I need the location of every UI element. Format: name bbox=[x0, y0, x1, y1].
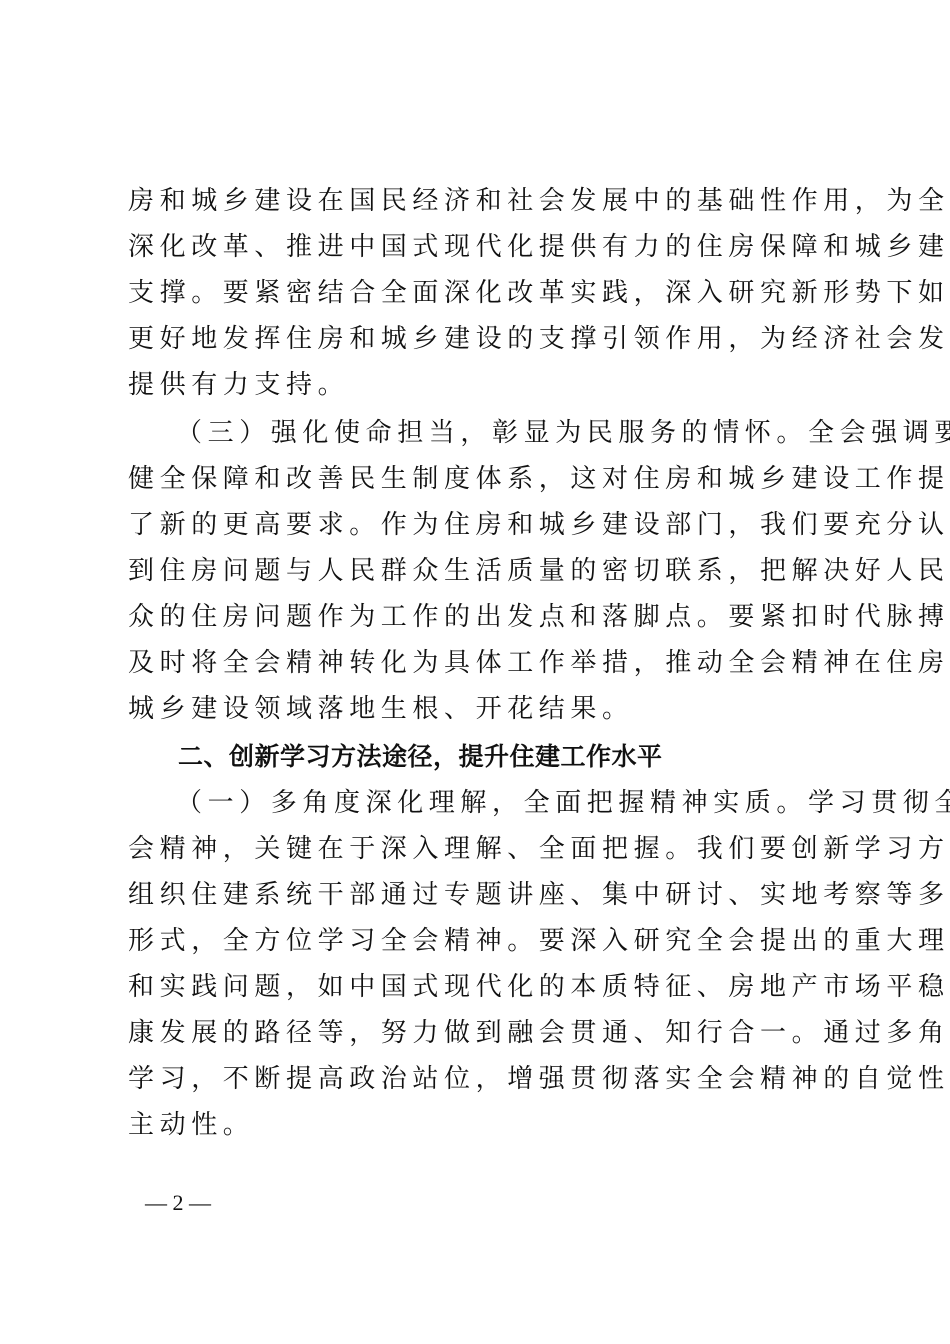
subsection-lead-line: （一）多角度深化理解，全面把握精神实质。学习贯彻全 bbox=[176, 788, 886, 818]
text-line: 众的住房问题作为工作的出发点和落脚点。要紧扣时代脉搏， bbox=[128, 602, 838, 632]
text-line: 会精神，关键在于深入理解、全面把握。我们要创新学习方式， bbox=[128, 834, 838, 864]
text-line: 深化改革、推进中国式现代化提供有力的住房保障和城乡建设 bbox=[128, 232, 838, 262]
text-line: 提供有力支持。 bbox=[128, 370, 838, 400]
document-page: 房和城乡建设在国民经济和社会发展中的基础性作用，为全面 深化改革、推进中国式现代… bbox=[0, 0, 950, 1344]
text-line: 更好地发挥住房和城乡建设的支撑引领作用，为经济社会发展 bbox=[128, 324, 838, 354]
page-number: — 2 — bbox=[145, 1190, 211, 1216]
text-line: 和实践问题，如中国式现代化的本质特征、房地产市场平稳健 bbox=[128, 972, 838, 1002]
text-line: 学习，不断提高政治站位，增强贯彻落实全会精神的自觉性和 bbox=[128, 1064, 838, 1094]
text-line: 主动性。 bbox=[128, 1110, 838, 1140]
subsection-lead-line: （三）强化使命担当，彰显为民服务的情怀。全会强调要 bbox=[176, 418, 886, 448]
text-line: 及时将全会精神转化为具体工作举措，推动全会精神在住房和 bbox=[128, 648, 838, 678]
text-line: 了新的更高要求。作为住房和城乡建设部门，我们要充分认识 bbox=[128, 510, 838, 540]
text-line: 健全保障和改善民生制度体系，这对住房和城乡建设工作提出 bbox=[128, 464, 838, 494]
text-line: 形式，全方位学习全会精神。要深入研究全会提出的重大理论 bbox=[128, 926, 838, 956]
text-line: 城乡建设领域落地生根、开花结果。 bbox=[128, 694, 838, 724]
section-heading: 二、创新学习方法途径，提升住建工作水平 bbox=[178, 742, 663, 772]
text-line: 康发展的路径等，努力做到融会贯通、知行合一。通过多角度 bbox=[128, 1018, 838, 1048]
text-line: 支撑。要紧密结合全面深化改革实践，深入研究新形势下如何 bbox=[128, 278, 838, 308]
text-line: 到住房问题与人民群众生活质量的密切联系，把解决好人民群 bbox=[128, 556, 838, 586]
text-line: 组织住建系统干部通过专题讲座、集中研讨、实地考察等多种 bbox=[128, 880, 838, 910]
text-line: 房和城乡建设在国民经济和社会发展中的基础性作用，为全面 bbox=[128, 186, 838, 216]
